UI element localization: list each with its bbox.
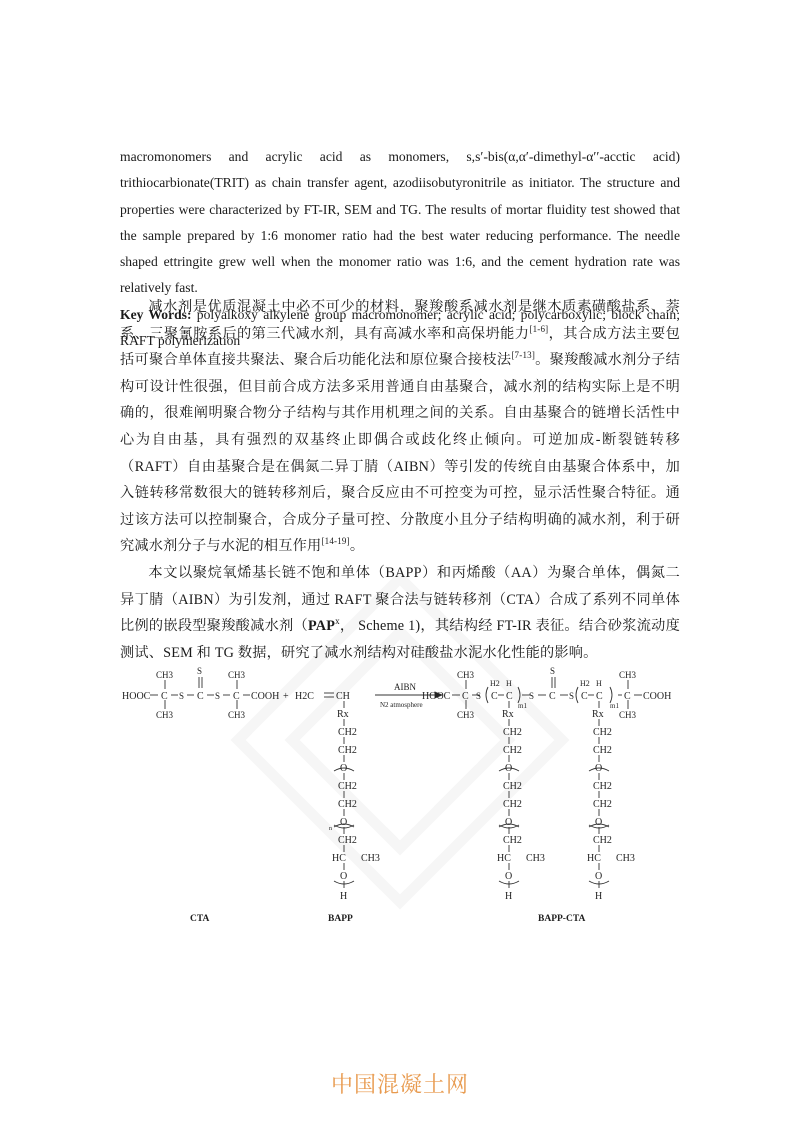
product-h-2: H [596,679,602,688]
product-c-end: C [624,691,631,702]
product-c-h-2: C [596,691,603,702]
cta-ch3-4: CH3 [228,710,246,720]
product-c-h2-1: C [491,691,498,702]
cta-c3: C [233,691,240,702]
product-s3: S [569,691,574,701]
product-hooc: HOOC [422,691,451,702]
bapp-ch2-3: CH2 [338,781,357,792]
bapp-ch2-4: CH2 [338,799,357,810]
product-ch2-1a: CH2 [503,727,522,738]
product-hc-2: HC [587,853,601,864]
product-rx-2: Rx [592,709,604,720]
product-c1: C [462,691,469,702]
product-h-end-2: H [595,891,602,902]
product-thione-s: S [550,666,555,676]
bapp-o-1: O [340,763,347,774]
cta-thione-s: S [197,666,202,676]
label-cta: CTA [190,914,209,924]
product-o-2c: O [595,871,602,882]
product-o-1a: O [505,763,512,774]
product-h2-1: H2 [490,679,500,688]
product-c-center: C [549,691,556,702]
product-ch2-2d: CH2 [593,799,612,810]
product-ch3-1: CH3 [457,670,475,680]
bapp-ch: CH [336,691,350,702]
bapp-h2c: H2C [295,691,314,702]
bapp-o-3: O [340,871,347,882]
bapp-ch3: CH3 [361,853,380,864]
bapp-hc: HC [332,853,346,864]
cta-ch3-1: CH3 [156,670,174,680]
paragraph-1: 减水剂是优质混凝土中必不可少的材料，聚羧酸系减水剂是继木质素磺酸盐系、萘系、三聚… [120,294,680,560]
product-o-2a: O [595,763,602,774]
cta-s1: S [179,691,184,701]
product-ch3-4: CH3 [619,710,637,720]
product-ch2-1c: CH2 [503,781,522,792]
product-c-h2-2: C [581,691,588,702]
plus-sign: + [283,691,289,702]
product-ch3-2: CH3 [457,710,475,720]
product-h2-2: H2 [580,679,590,688]
product-m1-1: m1 [518,702,527,710]
product-o-1b: O [505,817,512,828]
paragraph-2: 本文以聚烷氧烯基长链不饱和单体（BAPP）和丙烯酸（AA）为聚合单体，偶氮二异丁… [120,560,680,666]
cta-ch3-2: CH3 [156,710,174,720]
document-page: macromonomers and acrylic acid as monome… [0,0,800,1131]
bapp-o-2: O [340,817,347,828]
p1-text-4: 。 [350,538,364,554]
footer-site-name: 中国混凝土网 [0,1068,800,1099]
arrow-label-n2: N2 atmosphere [380,701,423,709]
product-o-1c: O [505,871,512,882]
cta-c2: C [197,691,204,702]
product-ch2-2b: CH2 [593,745,612,756]
product-ch3-side-1: CH3 [526,853,545,864]
product-rx-1: Rx [502,709,514,720]
citation-1-6: [1-6] [529,324,548,334]
reaction-scheme: HOOC C CH3 CH3 S C S S C CH3 CH3 COOH + … [110,655,700,925]
citation-7-13: [7-13] [511,350,535,360]
product-ch3-side-2: CH3 [616,853,635,864]
cta-cooh: COOH [251,691,279,702]
product-ch2-1b: CH2 [503,745,522,756]
cta-c1: C [161,691,168,702]
product-o-2b: O [595,817,602,828]
product-ch2-2c: CH2 [593,781,612,792]
label-bapp-cta: BAPP-CTA [538,914,585,924]
bapp-rx: Rx [337,709,349,720]
product-h-1: H [506,679,512,688]
product-s1: S [476,691,481,701]
product-c-h-1: C [506,691,513,702]
label-bapp: BAPP [328,914,353,924]
p1-text-3: 。聚羧酸减水剂分子结构可设计性很强，但目前合成方法多采用普通自由基聚合，减水剂的… [120,352,680,554]
product-ch2-2a: CH2 [593,727,612,738]
product-m1-2: m1 [610,702,619,710]
citation-14-19: [14-19] [321,536,349,546]
product-s2: S [529,691,534,701]
bapp-h: H [340,891,347,902]
cta-hooc: HOOC [122,691,151,702]
pap-label: PAP [308,618,335,634]
body-chinese: 减水剂是优质混凝土中必不可少的材料，聚羧酸系减水剂是继木质素磺酸盐系、萘系、三聚… [120,294,680,666]
product-cooh: COOH [643,691,671,702]
cta-ch3-3: CH3 [228,670,246,680]
bapp-ch2-1: CH2 [338,727,357,738]
abstract-text: macromonomers and acrylic acid as monome… [120,144,680,302]
product-ch2-1d: CH2 [503,799,522,810]
product-ch2-1e: CH2 [503,835,522,846]
product-h-end-1: H [505,891,512,902]
product-ch2-2e: CH2 [593,835,612,846]
product-ch3-3: CH3 [619,670,637,680]
scheme-1-diagram: HOOC C CH3 CH3 S C S S C CH3 CH3 COOH + … [110,655,700,925]
arrow-label-aibn: AIBN [394,682,416,692]
cta-s2: S [215,691,220,701]
product-hc-1: HC [497,853,511,864]
bapp-ch2-5: CH2 [338,835,357,846]
bapp-ch2-2: CH2 [338,745,357,756]
bapp-n-sub: n [329,826,332,832]
